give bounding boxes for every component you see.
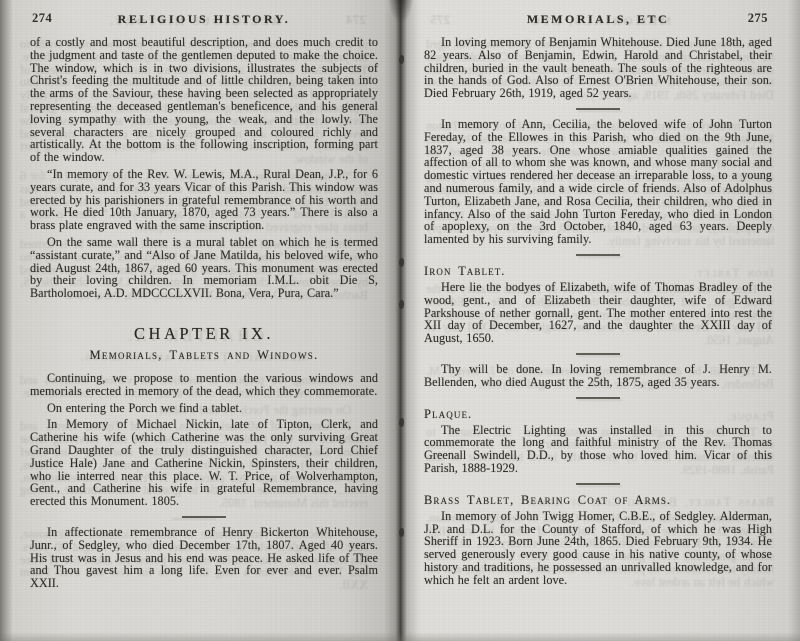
left-page-inner: 274 RELIGIOUS HISTORY. of a costly and m… [0,0,398,590]
paragraph: Thy will be done. In loving remembrance … [424,363,772,389]
left-page-content: of a costly and most beautiful descripti… [30,36,378,590]
section-heading: Iron Tablet. [424,264,772,279]
section-divider [424,397,772,399]
section-heading: Plaque. [424,407,772,422]
section-divider [424,108,772,110]
paragraph: Here lie the bodyes of Elizabeth, wife o… [424,281,772,345]
right-page-header: MEMORIALS, ETC 275 [424,10,772,27]
left-page-header: 274 RELIGIOUS HISTORY. [30,10,378,27]
paragraph: of a costly and most beautiful descripti… [30,36,378,164]
paragraph: In loving memory of Benjamin Whitehouse.… [424,36,772,100]
paragraph: In Memory of Michael Nickin, late of Tip… [30,418,378,508]
right-page-inner: MEMORIALS, ETC 275 In loving memory of B… [398,0,800,587]
paragraph: On entering the Porch we find a tablet. [30,402,378,415]
chapter-heading: CHAPTER IX. [30,324,378,343]
paragraph: In memory of Ann, Cecilia, the beloved w… [424,118,772,246]
running-head: RELIGIOUS HISTORY. [118,12,291,27]
running-head: MEMORIALS, ETC [527,12,669,27]
paragraph: “In memory of the Rev. W. Lewis, M.A., R… [30,168,378,232]
chapter-subheading: Memorials, Tablets and Windows. [30,348,378,363]
section-divider [424,483,772,485]
paragraph: On the same wall there is a mural tablet… [30,236,378,300]
left-page: 274 RELIGIOUS HISTORY. of a costly and m… [0,0,398,641]
page-number: 275 [748,11,768,26]
right-page: MEMORIALS, ETC 275 In loving memory of B… [398,0,800,641]
section-heading: Brass Tablet, Bearing Coat of Arms. [424,493,772,508]
page-number: 274 [32,11,52,26]
paragraph: In memory of John Twigg Homer, C.B.E., o… [424,510,772,587]
right-page-content: In loving memory of Benjamin Whitehouse.… [424,36,772,587]
section-divider [30,516,378,518]
paragraph: Continuing, we propose to mention the va… [30,372,378,398]
section-divider [424,254,772,256]
paragraph: In affectionate remembrance of Henry Bic… [30,526,378,590]
paragraph: The Electric Lighting was installed in t… [424,424,772,475]
book-scan: 274 RELIGIOUS HISTORY. of a costly and m… [0,0,800,641]
section-divider [424,353,772,355]
